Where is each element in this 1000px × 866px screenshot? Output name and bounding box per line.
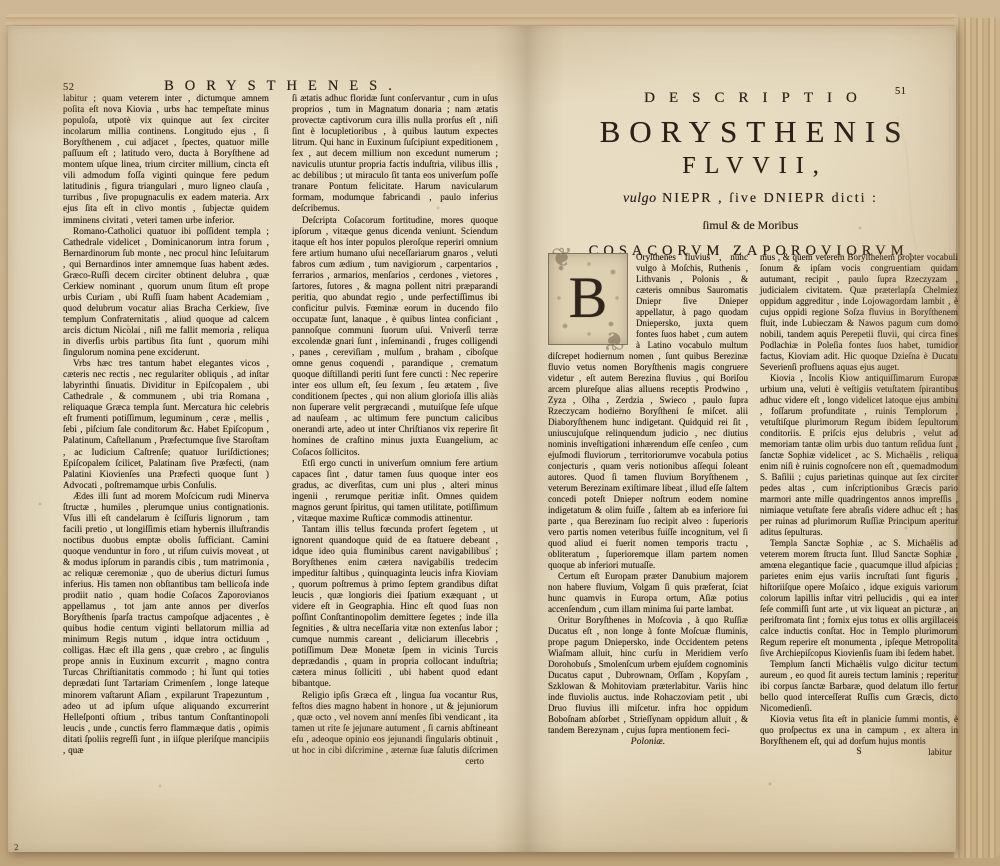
title-descriptio: DESCRIPTIO <box>543 90 958 107</box>
title-borysthenis: BORYSTHENIS <box>543 114 958 150</box>
catchword: certo <box>292 756 498 767</box>
left-column-1: labitur ; quam veterem inter , dictumque… <box>63 93 269 756</box>
paragraph: Etſi ergo cuncti in univerſum omnium fer… <box>292 458 498 524</box>
signature-row: S labitur <box>760 747 958 758</box>
paragraph: Romano-Catholici quatuor ibi poſſident t… <box>63 226 269 359</box>
column-text: labitur ; quam veterem inter , dictumque… <box>63 93 269 756</box>
paragraph: mus , & quem veterem Boryſthenem propter… <box>760 252 958 373</box>
column-text: BOryſthenes fluvius , nunc vulgo à Moſch… <box>548 252 748 736</box>
pencil-mark: 2 <box>13 842 19 852</box>
page-edges-right <box>954 18 1000 858</box>
paragraph: Templum ſancti Michaëlis vulgo dicitur t… <box>760 659 958 714</box>
paragraph: Templa Sanctæ Sophiæ , ac S. Michaëlis a… <box>760 538 958 659</box>
catchword: labitur <box>928 747 952 758</box>
book-sheet: 52 BORYSTHENES. labitur ; quam veterem i… <box>8 26 956 852</box>
scanned-book-spread: 52 BORYSTHENES. labitur ; quam veterem i… <box>0 0 1000 866</box>
title-niepr-dniepr: NIEPR , ſive DNIEPR dicti : <box>662 191 878 206</box>
title-simul: ſimul & de Moribus <box>543 218 958 233</box>
paragraph: Kiovia , Incolis Kiow antiquiſſimarum Eu… <box>760 373 958 538</box>
right-column-1: BOryſthenes fluvius , nunc vulgo à Moſch… <box>548 252 748 748</box>
paragraph: Tantam illis tellus fœcunda profert ſege… <box>292 524 498 690</box>
paragraph: Vrbs hæc tres tantum habet elegantes vic… <box>63 358 269 491</box>
left-column-2: ſi ætatis adhuc floridæ ſunt conſervantu… <box>292 93 498 767</box>
gathering-mark: Poloniæ. <box>548 737 748 748</box>
woodcut-initial: B <box>548 253 628 345</box>
column-text: mus , & quem veterem Boryſthenem propter… <box>760 252 958 747</box>
title-vulgo-line: vulgo NIEPR , ſive DNIEPR dicti : <box>543 191 958 207</box>
paragraph: labitur ; quam veterem inter , dictumque… <box>63 93 269 226</box>
title-block: DESCRIPTIO BORYSTHENIS FLVVII, vulgo NIE… <box>543 90 958 260</box>
paragraph: Kiovia vetus ſita eſt in planicie ſummi … <box>760 714 958 747</box>
paragraph: Certum eſt Europam præter Danubium major… <box>548 571 748 615</box>
paragraph: Deſcripta Coſacorum fortitudine, mores q… <box>292 215 498 458</box>
title-fluvii: FLVVII, <box>543 153 958 180</box>
paragraph: ſi ætatis adhuc floridæ ſunt conſervantu… <box>292 93 498 215</box>
title-vulgo: vulgo <box>623 191 657 206</box>
paragraph: Oritur Boryſthenes in Moſcovia , à quo R… <box>548 615 748 736</box>
column-text: ſi ætatis adhuc floridæ ſunt conſervantu… <box>292 93 498 756</box>
right-column-2: mus , & quem veterem Boryſthenem propter… <box>760 252 958 758</box>
paragraph: Religio ipſis Græca eſt , lingua ſua voc… <box>292 690 498 756</box>
drop-cap-letter: B <box>549 254 627 344</box>
paragraph: Ædes illi ſunt ad morem Moſcicum rudi Mi… <box>63 491 269 756</box>
